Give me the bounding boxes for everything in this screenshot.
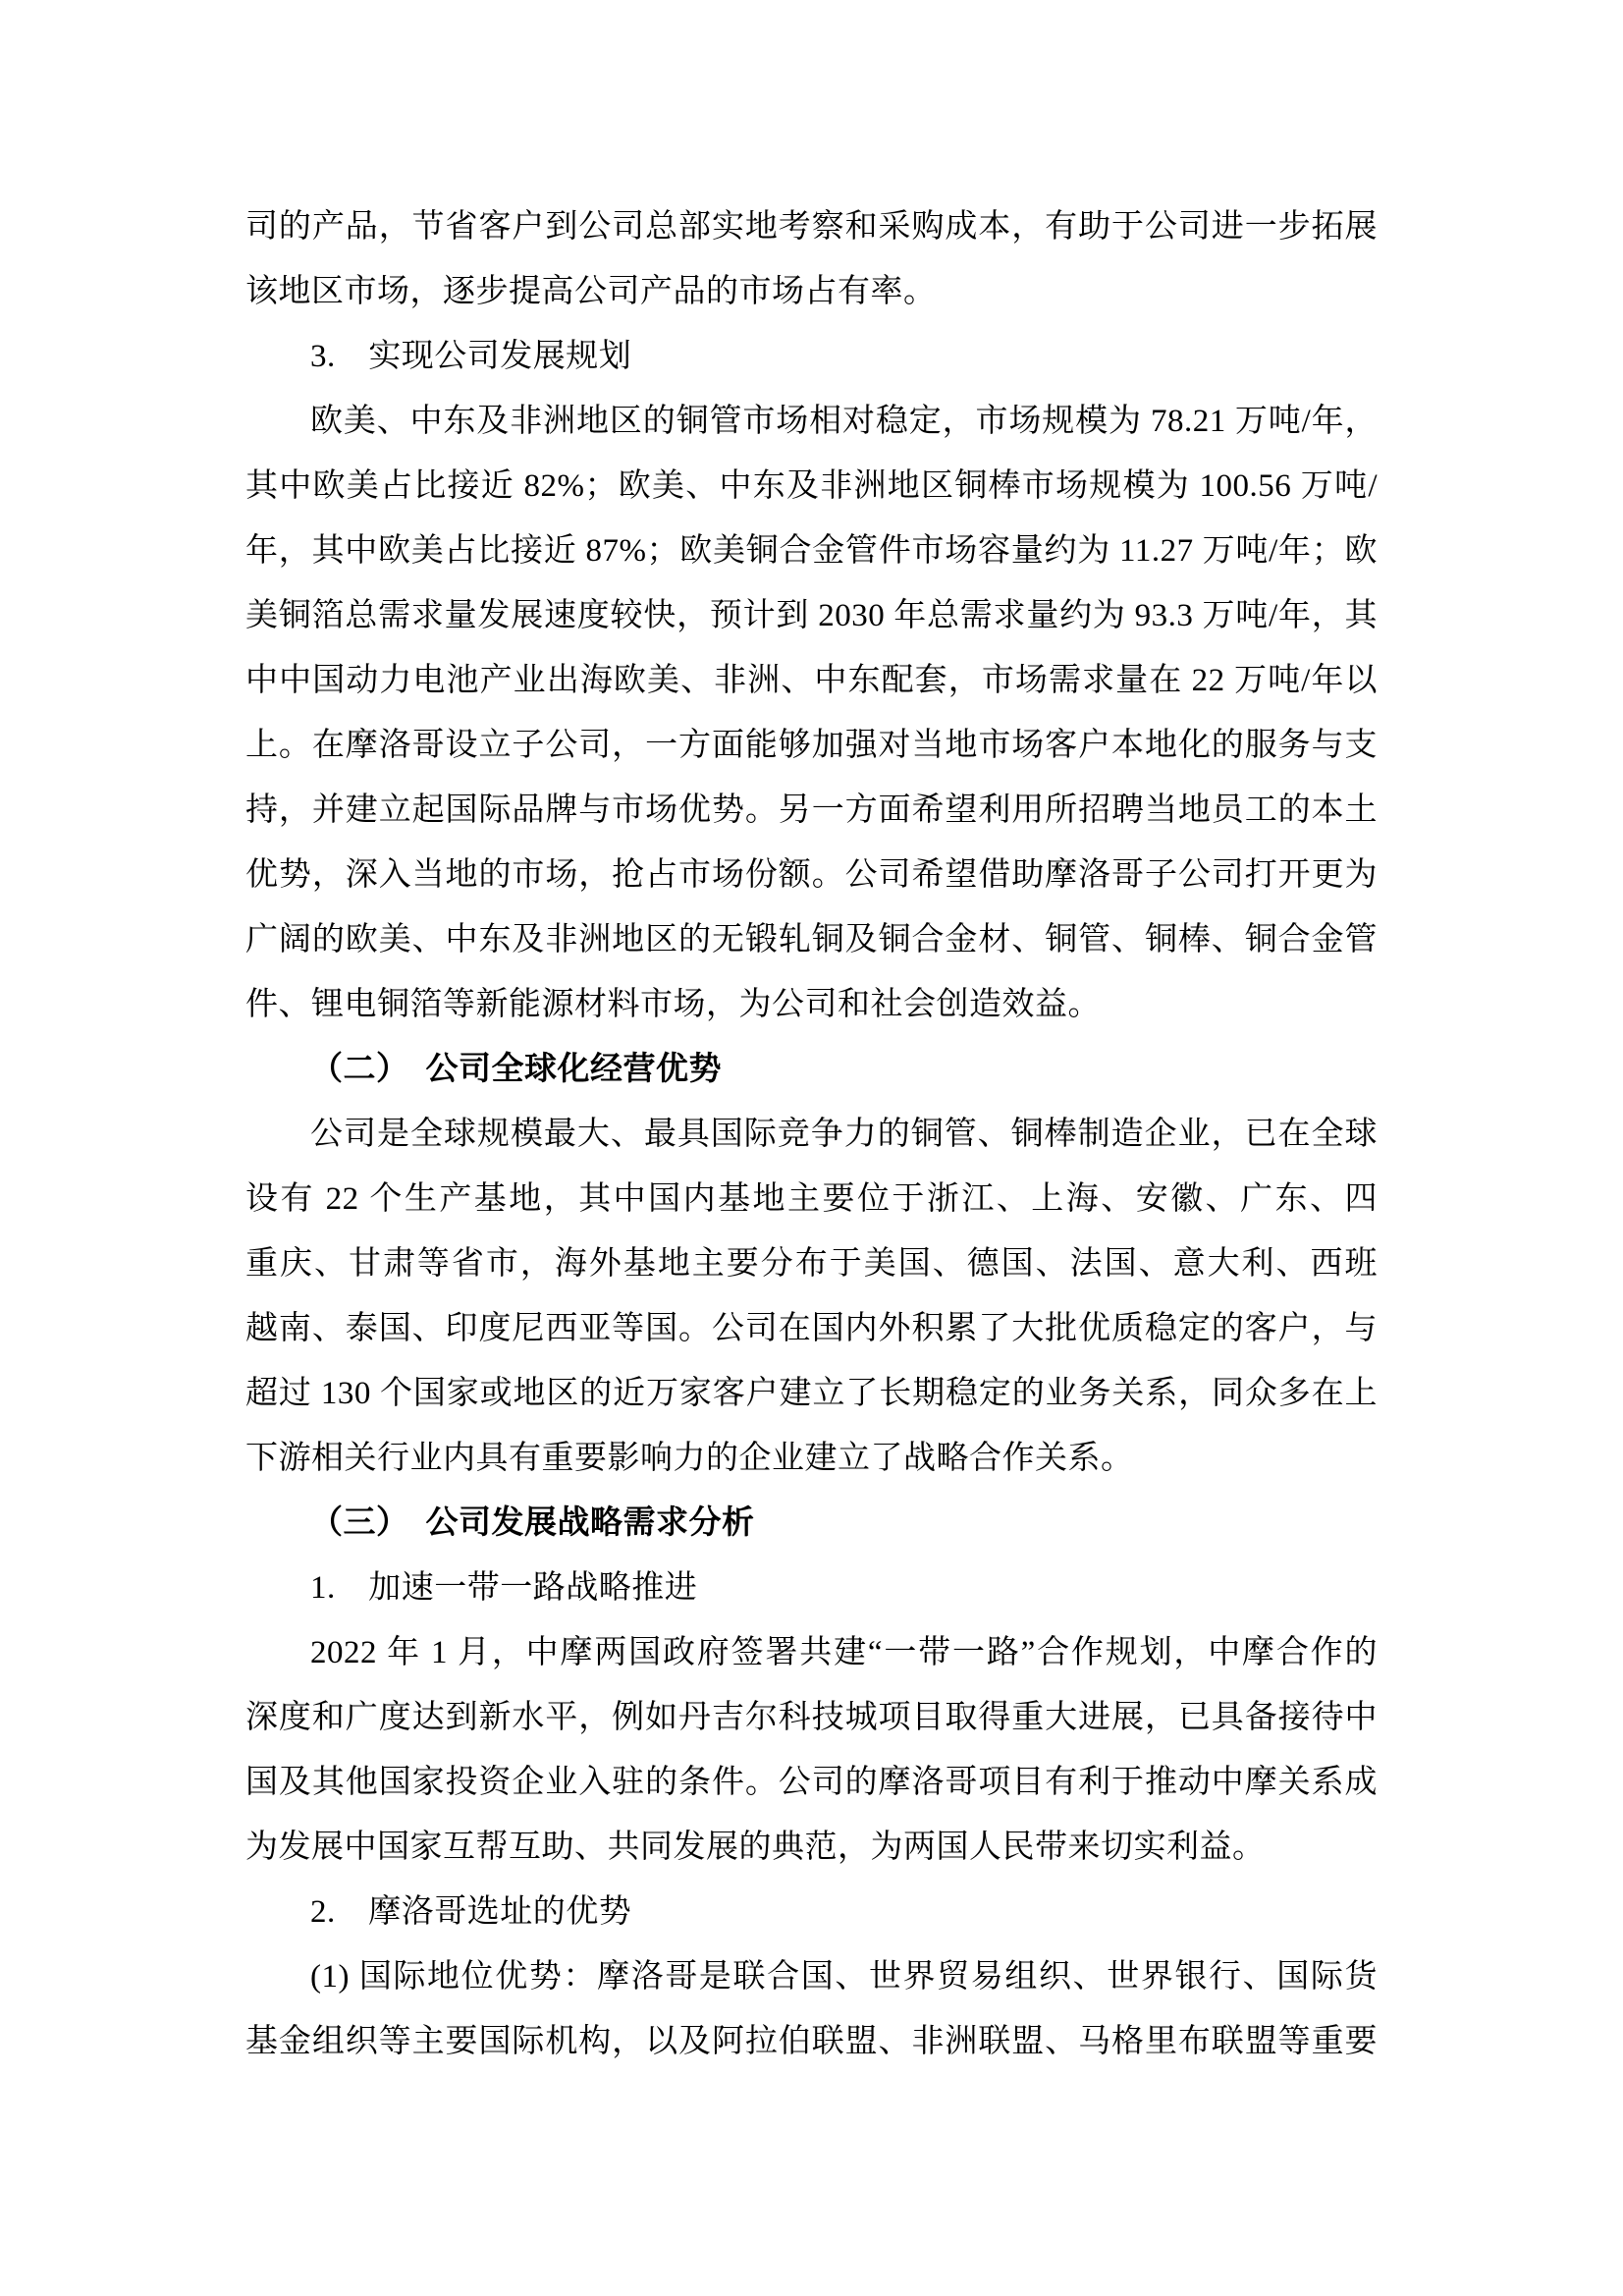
text-line: 该地区市场，逐步提高公司产品的市场占有率。 [245, 259, 1378, 324]
text-line: 其中欧美占比接近 82%；欧美、中东及非洲地区铜棒市场规模为 100.56 万吨… [245, 454, 1378, 519]
section-heading: （二） 公司全球化经营优势 [245, 1037, 1378, 1102]
text-line: 2. 摩洛哥选址的优势 [245, 1880, 1378, 1944]
text-line: 1. 加速一带一路战略推进 [245, 1556, 1378, 1620]
text-line: 基金组织等主要国际机构，以及阿拉伯联盟、非洲联盟、马格里布联盟等重要 [245, 2009, 1378, 2074]
text-line: 上。在摩洛哥设立子公司，一方面能够加强对当地市场客户本地化的服务与支 [245, 713, 1378, 778]
text-line: 越南、泰国、印度尼西亚等国。公司在国内外积累了大批优质稳定的客户，与 [245, 1296, 1378, 1361]
text-line: 为发展中国家互帮互助、共同发展的典范，为两国人民带来切实利益。 [245, 1815, 1378, 1880]
text-line: 下游相关行业内具有重要影响力的企业建立了战略合作关系。 [245, 1426, 1378, 1491]
document-body: 司的产品，节省客户到公司总部实地考察和采购成本，有助于公司进一步拓展该地区市场，… [245, 194, 1378, 2074]
text-line: (1) 国际地位优势：摩洛哥是联合国、世界贸易组织、世界银行、国际货币 [245, 1944, 1378, 2009]
text-line: 2022 年 1 月，中摩两国政府签署共建“一带一路”合作规划，中摩合作的 [245, 1620, 1378, 1685]
text-line: 深度和广度达到新水平，例如丹吉尔科技城项目取得重大进展，已具备接待中 [245, 1685, 1378, 1750]
text-line: 国及其他国家投资企业入驻的条件。公司的摩洛哥项目有利于推动中摩关系成 [245, 1750, 1378, 1815]
text-line: 欧美、中东及非洲地区的铜管市场相对稳定，市场规模为 78.21 万吨/年， [245, 389, 1378, 454]
document-page: 司的产品，节省客户到公司总部实地考察和采购成本，有助于公司进一步拓展该地区市场，… [0, 0, 1623, 2296]
section-heading: （三） 公司发展战略需求分析 [245, 1491, 1378, 1556]
text-line: 超过 130 个国家或地区的近万家客户建立了长期稳定的业务关系，同众多在上 [245, 1361, 1378, 1426]
text-line: 广阔的欧美、中东及非洲地区的无锻轧铜及铜合金材、铜管、铜棒、铜合金管 [245, 907, 1378, 972]
text-line: 优势，深入当地的市场，抢占市场份额。公司希望借助摩洛哥子公司打开更为 [245, 843, 1378, 907]
text-line: 持，并建立起国际品牌与市场优势。另一方面希望利用所招聘当地员工的本土 [245, 778, 1378, 843]
text-line: 设有 22 个生产基地，其中国内基地主要位于浙江、上海、安徽、广东、四川、 [245, 1167, 1378, 1231]
text-line: 年，其中欧美占比接近 87%；欧美铜合金管件市场容量约为 11.27 万吨/年；… [245, 519, 1378, 583]
text-line: 中中国动力电池产业出海欧美、非洲、中东配套，市场需求量在 22 万吨/年以 [245, 648, 1378, 713]
text-line: 3. 实现公司发展规划 [245, 324, 1378, 389]
text-line: 重庆、甘肃等省市，海外基地主要分布于美国、德国、法国、意大利、西班牙、 [245, 1231, 1378, 1296]
text-line: 司的产品，节省客户到公司总部实地考察和采购成本，有助于公司进一步拓展 [245, 194, 1378, 259]
text-line: 件、锂电铜箔等新能源材料市场，为公司和社会创造效益。 [245, 972, 1378, 1037]
text-line: 美铜箔总需求量发展速度较快，预计到 2030 年总需求量约为 93.3 万吨/年… [245, 583, 1378, 648]
text-line: 公司是全球规模最大、最具国际竞争力的铜管、铜棒制造企业，已在全球 [245, 1102, 1378, 1167]
